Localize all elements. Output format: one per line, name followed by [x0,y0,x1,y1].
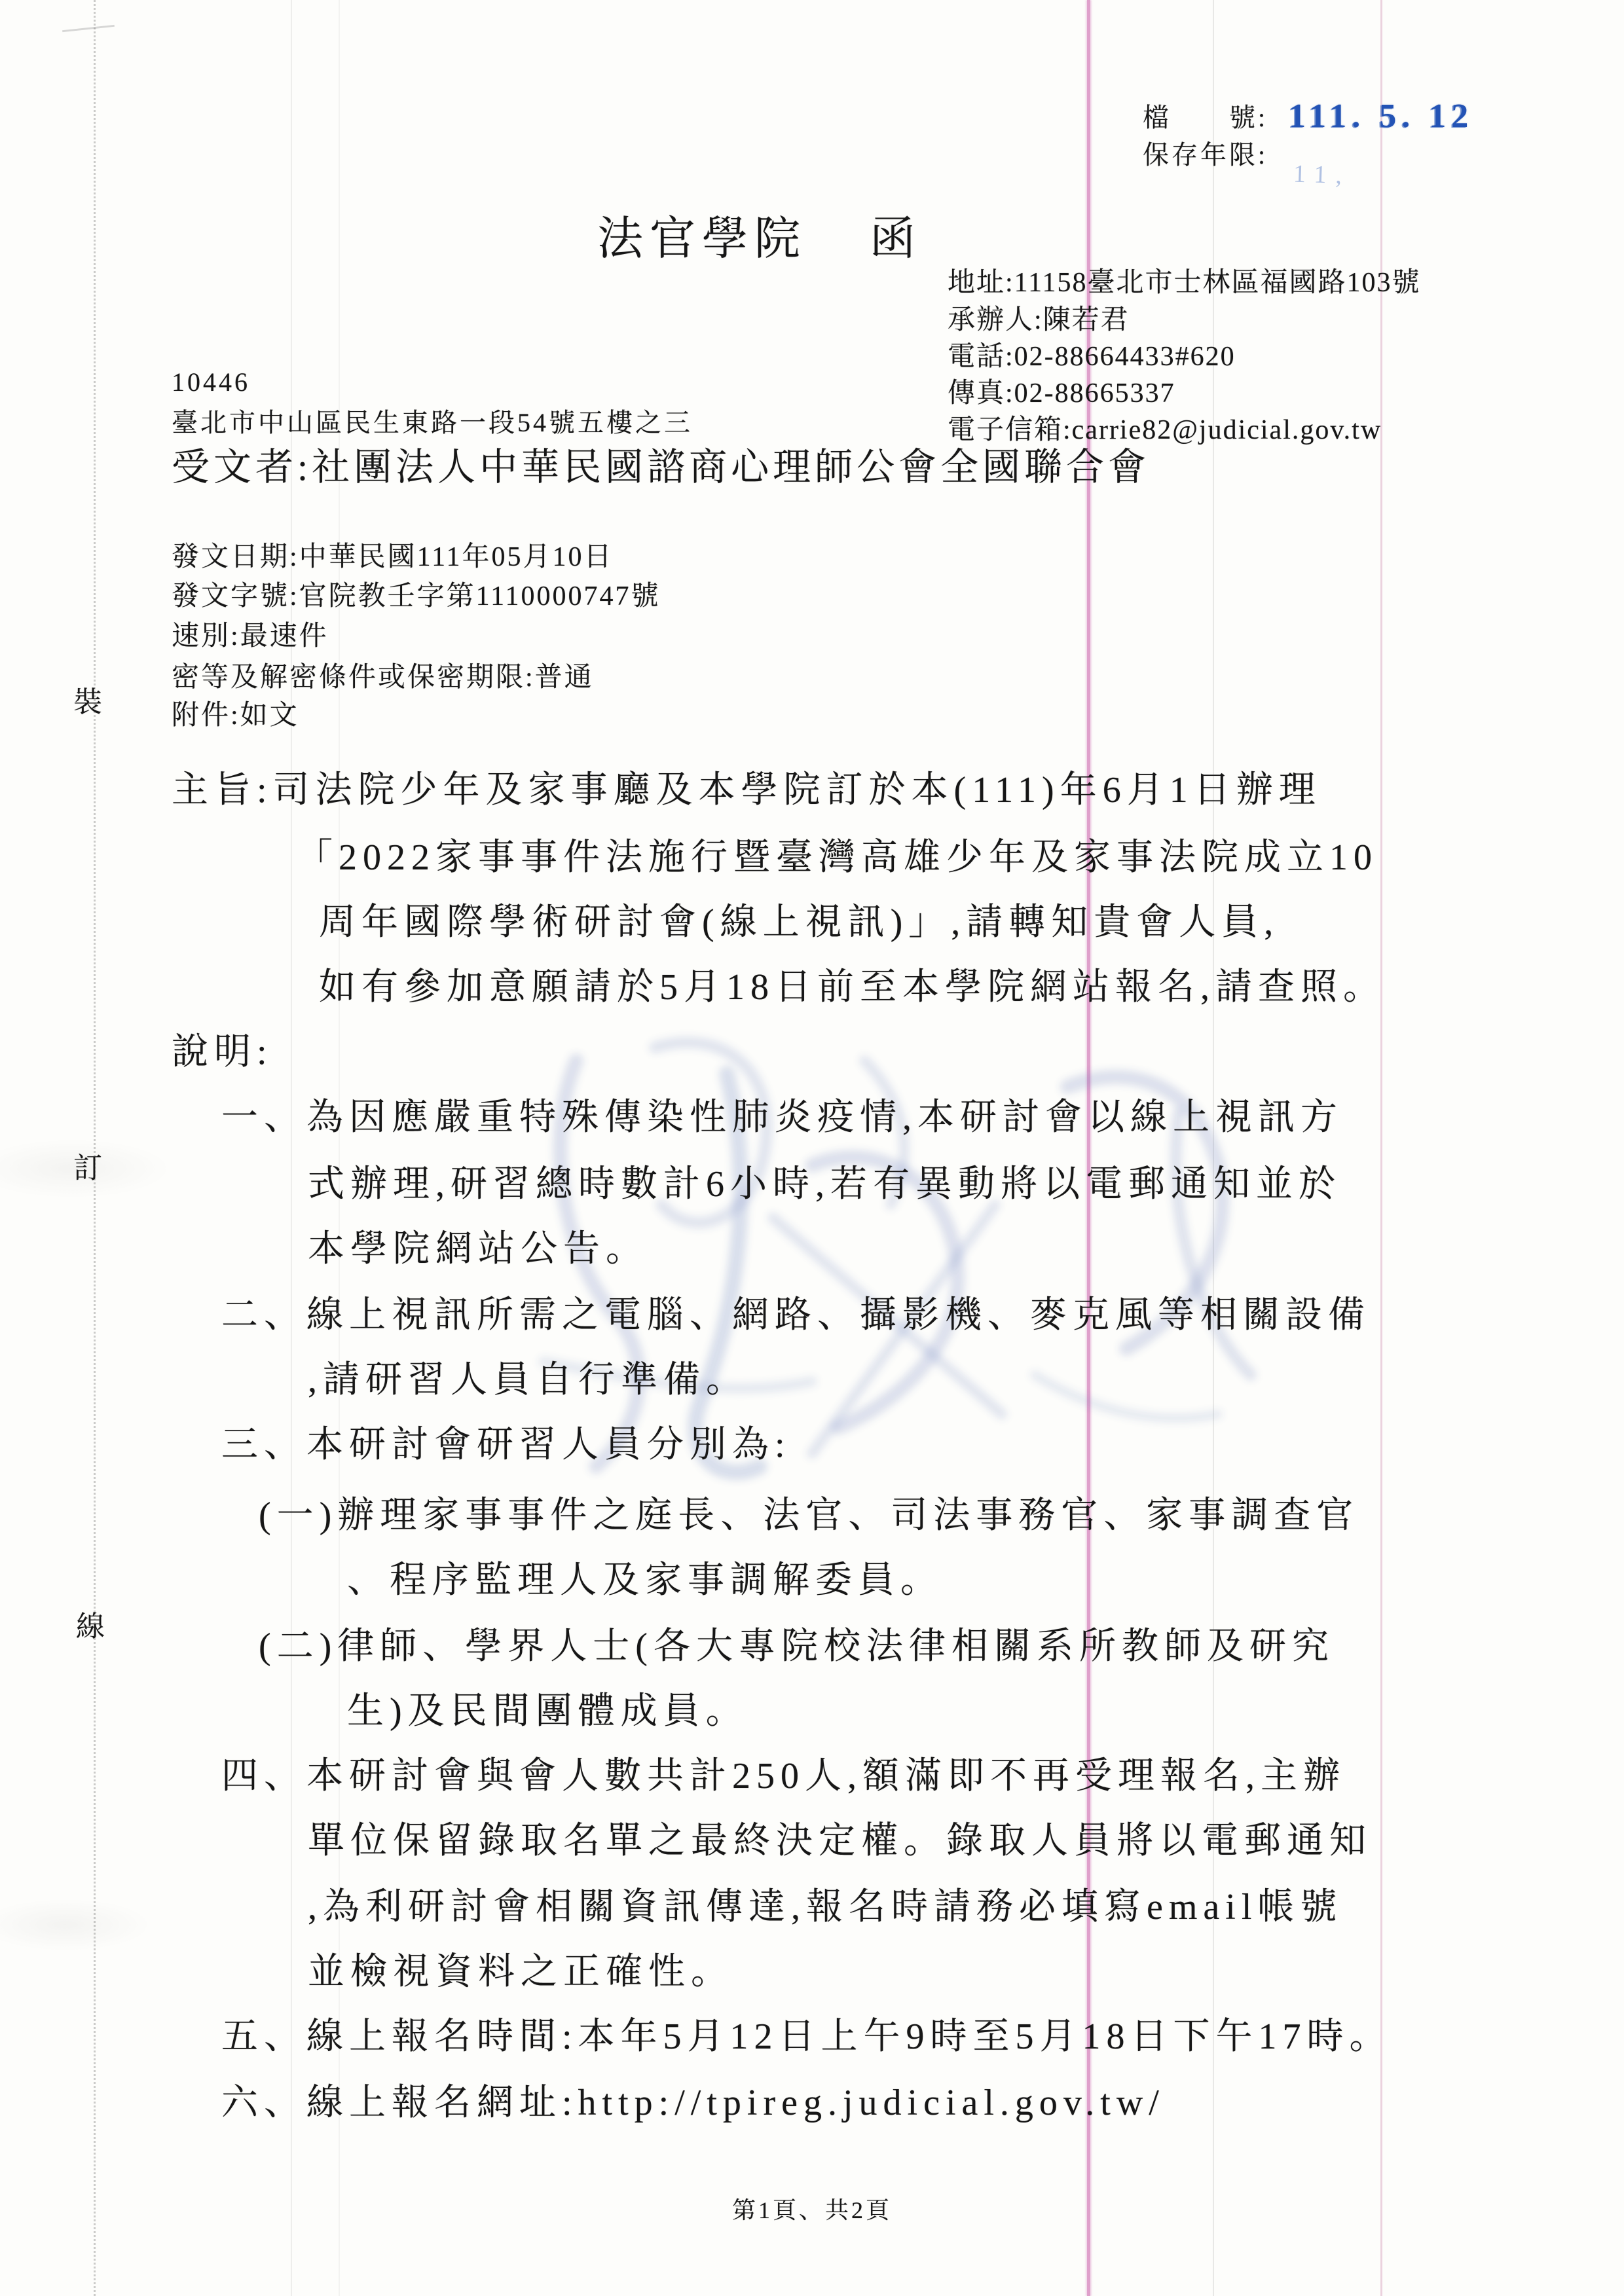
meta-priority: 速別:最速件 [172,614,329,653]
explanation-line-11: 四、本研討會與會人數共計250人,額滿即不再受理報名,主辦 [221,1747,1346,1799]
explanation-line-3: 本學院網站公告。 [308,1220,648,1272]
archive-retention-label: 保存年限: [1143,134,1268,172]
document-title: 法官學院函 [597,202,922,268]
binding-mark-ding: 訂 [73,1144,102,1186]
explanation-line-7: (一)辦理家事事件之庭長、法官、司法事務官、家事調查官 [259,1486,1359,1539]
explanation-line-2: 式辦理,研習總時數計6小時,若有異動將以電郵通知並於 [308,1155,1341,1207]
recipient-address: 臺北市中山區民生東路一段54號五樓之三 [172,402,693,439]
recipient-line: 受文者:社團法人中華民國諮商心理師公會全國聯合會 [172,436,1150,491]
scan-line-gray-left1 [291,0,292,2296]
subject-line-3: 周年國際學術研討會(線上視訊)」,請轉知貴會人員, [319,893,1279,945]
meta-security: 密等及解密條件或保密期限:普通 [172,655,594,695]
explanation-line-6: 三、本研討會研習人員分別為: [221,1415,791,1468]
scan-smudge-corner [62,25,115,32]
title-org: 法官學院 [597,214,807,264]
recipient-postal-code: 10446 [172,367,250,397]
contact-address: 地址:11158臺北市士林區福國路103號 [948,261,1421,300]
explanation-line-4: 二、線上視訊所需之電腦、網路、攝影機、麥克風等相關設備 [221,1286,1371,1338]
scan-smudge-left2 [0,1899,151,1951]
subject-line-2: 「2022家事事件法施行暨臺灣高雄少年及家事法院成立10 [296,828,1378,881]
explanation-line-5: ,請研習人員自行準備。 [308,1351,748,1403]
date-stamp: 111. 5. 12 [1289,97,1473,136]
meta-issue-date: 發文日期:中華民國111年05月10日 [172,535,614,574]
explanation-line-10: 生)及民間團體成員。 [347,1682,748,1734]
explanation-line-1: 一、為因應嚴重特殊傳染性肺炎疫情,本研討會以線上視訊方 [221,1088,1343,1140]
explanation-line-12: 單位保留錄取名單之最終決定權。錄取人員將以電郵通知 [308,1812,1372,1864]
footer-page-number: 第1頁、共2頁 [0,2192,1624,2225]
scanned-letter-page: 檔 號: 保存年限: 111. 5. 12 11, 法官學院函 地址:11158… [0,0,1624,2296]
explanation-line-8: 、程序監理人及家事調解委員。 [347,1551,943,1603]
meta-doc-number: 發文字號:官院教壬字第1110000747號 [172,574,661,613]
subject-line-1: 主旨:司法院少年及家事廳及本學院訂於本(111)年6月1日辦理 [172,761,1321,813]
explanation-line-13: ,為利研討會相關資訊傳達,報名時請務必填寫email帳號 [308,1878,1342,1930]
explanation-label: 說明: [172,1023,273,1075]
subject-line-4: 如有參加意願請於5月18日前至本學院網站報名,請查照。 [319,958,1386,1010]
date-stamp-ghost: 11, [1293,159,1352,190]
explanation-line-16: 六、線上報名網址:http://tpireg.judicial.gov.tw/ [221,2073,1165,2126]
explanation-line-14: 並檢視資料之正確性。 [308,1942,733,1995]
scan-line-pink-right [1380,0,1382,2296]
explanation-line-9: (二)律師、學界人士(各大專院校法律相關系所教師及研究 [259,1617,1335,1669]
title-doc-type: 函 [870,214,922,264]
archive-file-no-label: 檔 號: [1143,97,1268,134]
contact-phone: 電話:02-88664433#620 [948,335,1236,374]
binding-mark-xian: 線 [76,1603,105,1645]
meta-attachment: 附件:如文 [172,693,299,733]
contact-officer: 承辦人:陳若君 [948,298,1130,337]
contact-fax: 傳真:02-88665337 [948,371,1175,410]
explanation-line-15: 五、線上報名時間:本年5月12日上午9時至5月18日下午17時。 [221,2007,1392,2060]
binding-mark-zhuang: 裝 [73,678,102,720]
